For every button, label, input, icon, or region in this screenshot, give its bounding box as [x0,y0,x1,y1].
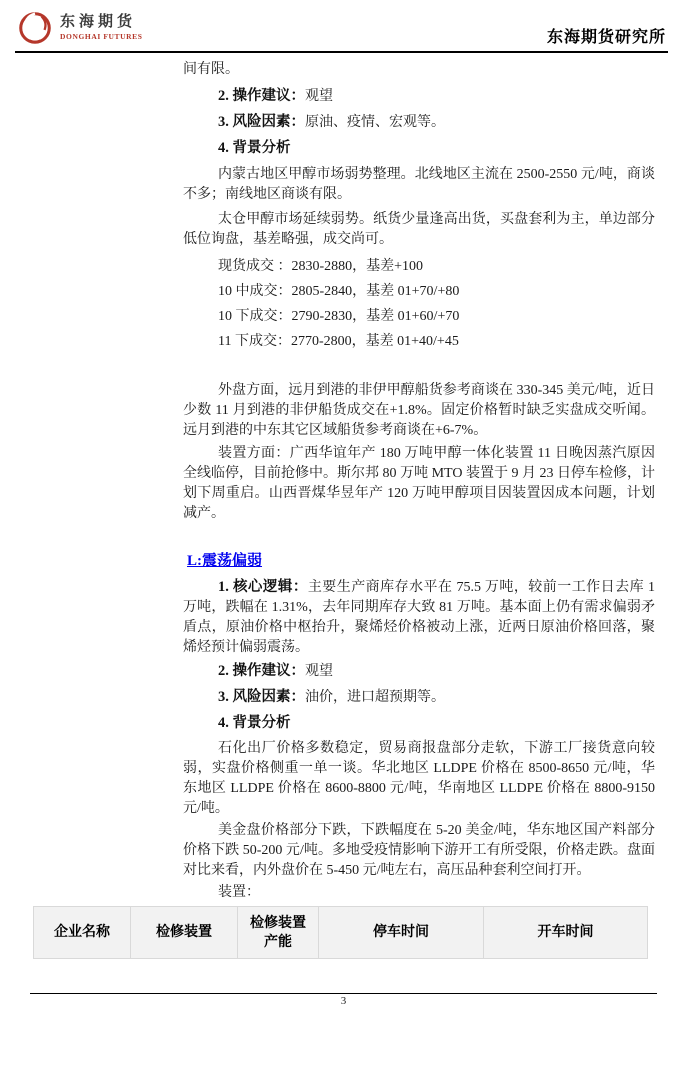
l-item-background-label: 4. 背景分析 [218,715,291,731]
logo-cn-text: 东海期货 [60,15,143,30]
footer-rule [30,993,657,994]
ma-para-waipan: 外盘方面，远月到港的非伊甲醇船货参考商谈在 330-345 美元/吨，近日少数 … [183,381,655,441]
l-item-risk: 3. 风险因素：油价，进口超预期等。 [218,687,655,708]
table-header-company: 企业名称 [33,906,130,959]
institute-title: 东海期货研究所 [547,24,666,47]
company-logo: 东海期货 DONGHAI FUTURES [16,9,143,47]
table-header-shutdown-time: 停车时间 [318,906,483,959]
l-para-shihua: 石化出厂价格多数稳定，贸易商报盘部分走软，下游工厂接货意向较弱，实盘价格侧重一单… [183,739,655,819]
table-header-unit: 检修装置 [130,906,237,959]
ma-para-zhuangzhi: 装置方面：广西华谊年产 180 万吨甲醇一体化装置 11 日晚因蒸汽原因全线临停… [183,444,655,524]
l-zhuangzhi-label: 装置： [183,883,655,903]
table-header-restart-time: 开车时间 [483,906,648,959]
ma-para-neimeng: 内蒙古地区甲醇市场弱势整理。北线地区主流在 2500-2550 元/吨，商谈不多… [183,165,655,205]
ma-item-advice-text: 观望 [305,89,333,104]
ma-quote-spot: 现货成交 ：2830-2880，基差+100 [218,257,655,277]
ma-item-risk-text: 原油、疫情、宏观等。 [305,115,445,130]
ma-quote-10mid: 10 中成交：2805-2840，基差 01+70/+80 [218,282,655,302]
l-item-advice: 2. 操作建议：观望 [218,661,655,682]
page-number: 3 [30,995,657,1007]
l-item-advice-text: 观望 [305,664,333,679]
ma-item-risk-label: 3. 风险因素： [218,114,305,130]
carryover-text: 间有限。 [183,60,655,80]
l-para-meijin: 美金盘价格部分下跌，下跌幅度在 5-20 美金/吨，华东地区国产料部分价格下跌 … [183,821,655,881]
l-item-background: 4. 背景分析 [218,713,655,734]
report-page: 东海期货 DONGHAI FUTURES 东海期货研究所 间有限。 2. 操作建… [0,0,683,1067]
ma-item-advice-label: 2. 操作建议： [218,88,305,104]
ma-item-background-label: 4. 背景分析 [218,140,291,156]
table-header-capacity: 检修装置产能 [237,906,318,959]
lldpe-section-link[interactable]: L:震荡偏弱 [187,549,262,570]
ma-item-advice: 2. 操作建议：观望 [218,86,655,107]
l-item-risk-label: 3. 风险因素： [218,689,305,705]
logo-en-text: DONGHAI FUTURES [60,33,143,41]
maintenance-table: 企业名称 检修装置 检修装置产能 停车时间 开车时间 [33,906,648,959]
ma-quote-10low: 10 下成交：2790-2830，基差 01+60/+70 [218,307,655,327]
ma-item-background: 4. 背景分析 [218,138,655,159]
l-item-advice-label: 2. 操作建议： [218,663,305,679]
l-item-logic-label: 1. 核心逻辑： [218,579,308,595]
ma-quote-11low: 11 下成交：2770-2800，基差 01+40/+45 [218,332,655,352]
ma-para-taicang: 太仓甲醇市场延续弱势。纸货少量逢高出货，买盘套利为主，单边部分低位询盘，基差略强… [183,210,655,250]
ma-item-risk: 3. 风险因素：原油、疫情、宏观等。 [218,112,655,133]
header-rule [15,51,668,53]
donghai-dragon-icon [16,9,54,47]
l-item-risk-text: 油价，进口超预期等。 [305,690,445,705]
l-item-logic: 1. 核心逻辑：主要生产商库存水平在 75.5 万吨，较前一工作日去库 1 万吨… [183,577,655,658]
